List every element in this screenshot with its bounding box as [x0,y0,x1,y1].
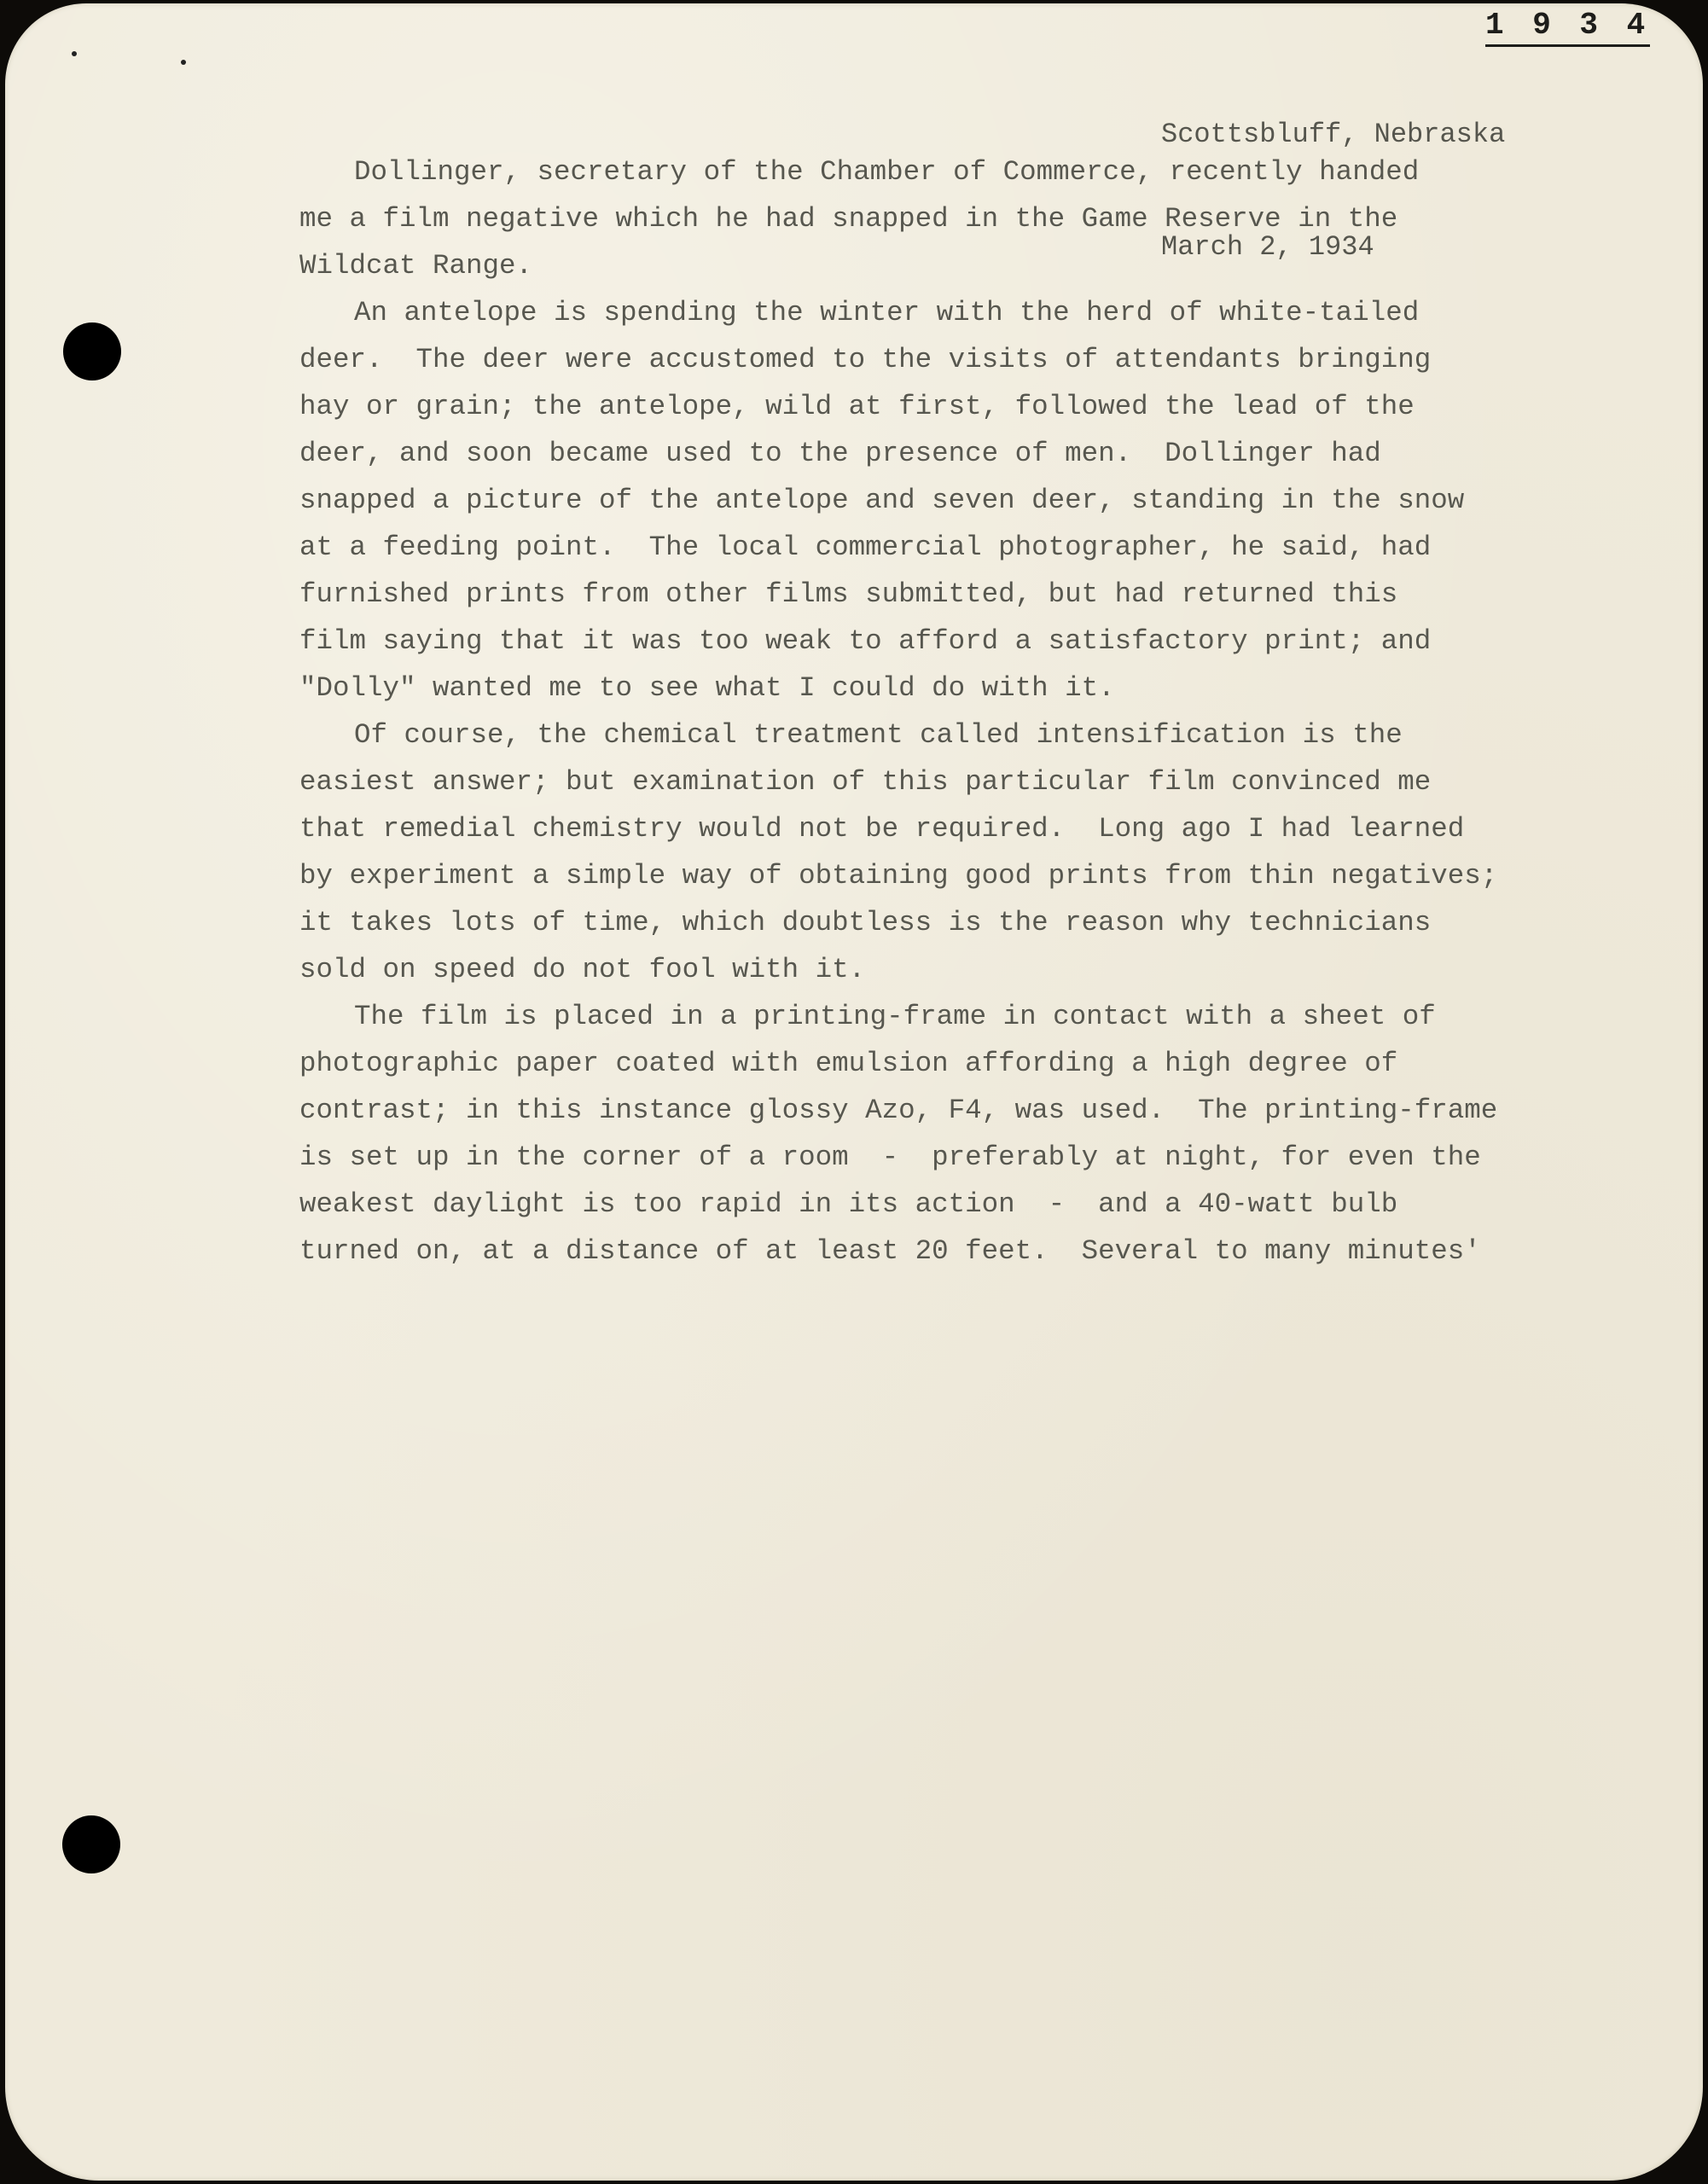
punch-hole-top [63,322,121,380]
text-line: "Dolly" wanted me to see what I could do… [299,665,1699,712]
paragraph-1: Dollinger, secretary of the Chamber of C… [299,148,1699,289]
text-line: An antelope is spending the winter with … [299,289,1699,336]
text-line: deer, and soon became used to the presen… [299,430,1699,477]
text-line: easiest answer; but examination of this … [299,758,1699,805]
text-line: hay or grain; the antelope, wild at firs… [299,383,1699,430]
text-line: is set up in the corner of a room - pref… [299,1134,1699,1181]
text-line: snapped a picture of the antelope and se… [299,477,1699,524]
text-line: photographic paper coated with emulsion … [299,1040,1699,1087]
typewritten-page: 1 9 3 4 Scottsbluff, Nebraska March 2, 1… [5,3,1703,2181]
ink-speck [72,51,77,56]
text-line: deer. The deer were accustomed to the vi… [299,336,1699,383]
text-line: turned on, at a distance of at least 20 … [299,1228,1699,1275]
punch-hole-bottom [62,1815,120,1873]
text-line: contrast; in this instance glossy Azo, F… [299,1087,1699,1134]
text-line: film saying that it was too weak to affo… [299,618,1699,665]
text-line: it takes lots of time, which doubtless i… [299,899,1699,946]
text-line: at a feeding point. The local commercial… [299,524,1699,571]
text-line: The film is placed in a printing-frame i… [299,993,1699,1040]
paragraph-2: An antelope is spending the winter with … [299,289,1699,712]
letter-body: Dollinger, secretary of the Chamber of C… [299,148,1699,1275]
text-line: Wildcat Range. [299,242,1699,289]
paragraph-4: The film is placed in a printing-frame i… [299,993,1699,1275]
text-line: by experiment a simple way of obtaining … [299,852,1699,899]
ink-speck [181,60,186,65]
text-line: sold on speed do not fool with it. [299,946,1699,993]
text-line: Dollinger, secretary of the Chamber of C… [299,148,1699,195]
text-line: me a film negative which he had snapped … [299,195,1699,242]
paragraph-3: Of course, the chemical treatment called… [299,712,1699,993]
text-line: weakest daylight is too rapid in its act… [299,1181,1699,1228]
text-line: furnished prints from other films submit… [299,571,1699,618]
text-line: that remedial chemistry would not be req… [299,805,1699,852]
header-year: 1 9 3 4 [1485,9,1650,47]
text-line: Of course, the chemical treatment called… [299,712,1699,758]
